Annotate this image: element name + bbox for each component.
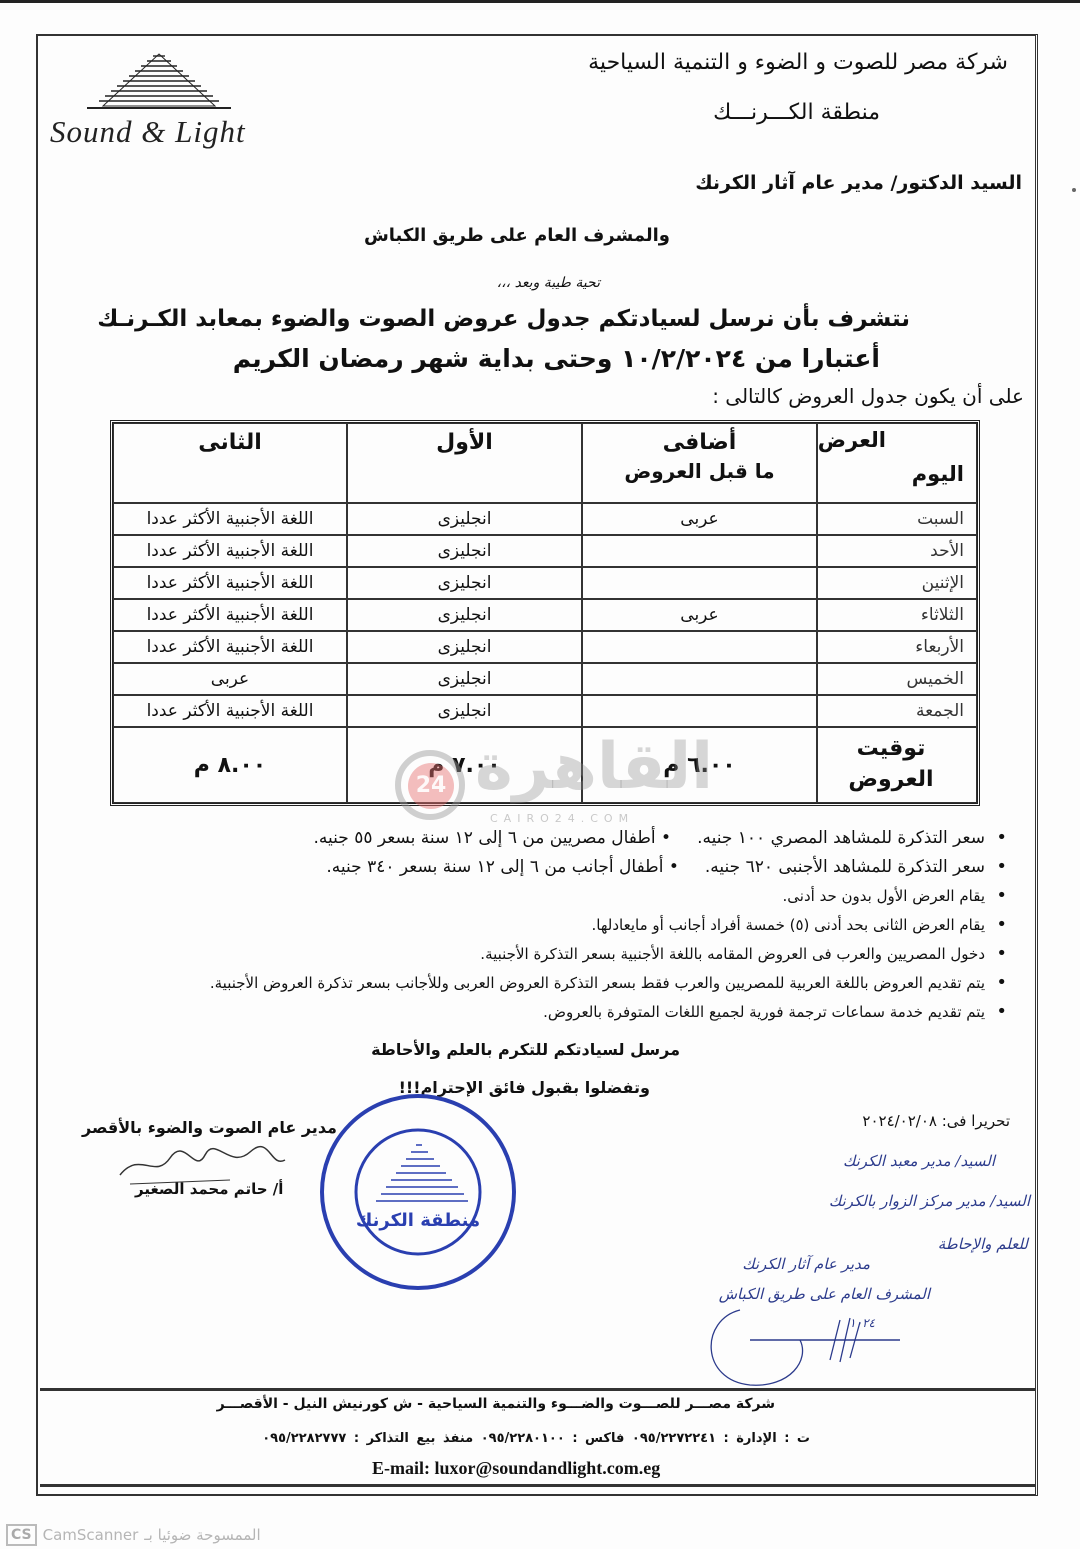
- footer-email: E-mail: luxor@soundandlight.com.eg: [372, 1458, 660, 1479]
- camscanner-watermark: CS CamScanner الممسوحة ضوئيا بـ: [6, 1524, 261, 1546]
- stamp-label: منطقة الكرنك: [318, 1210, 518, 1231]
- note-item: يقام العرض الأول بدون حد أدنى.: [65, 884, 985, 908]
- table-row: الثلاثاء عربى انجليزى اللغة الأجنبية الأ…: [113, 599, 977, 631]
- extra-show-cell: [582, 535, 817, 567]
- notes-list: سعر التذكرة للمشاهد المصري ١٠٠ جنيه. أطف…: [65, 826, 985, 1029]
- period-line: أعتبارا من ١٠/٢/٢٠٢٤ وحتى بداية شهر رمضا…: [233, 344, 880, 373]
- signatory-name: أ/ حاتم محمد الصغير: [135, 1180, 283, 1198]
- dated-line: تحريرا فى: ٢٠٢٤/٠٢/٠٨: [862, 1112, 1010, 1130]
- ticket-egyptian: سعر التذكرة للمشاهد المصري ١٠٠ جنيه.: [697, 826, 985, 850]
- addressee: السيد الدكتور/ مدير عام آثار الكرنك: [695, 172, 1022, 194]
- footer-top-rule: [40, 1388, 1036, 1391]
- table-header-row: العرض اليوم أضافى ما قبل العروض الأول ال…: [113, 423, 977, 503]
- handwritten-note: السيد/ مدير مركز الزوار بالكرنك: [829, 1192, 1030, 1210]
- lead-line: على أن يكون جدول العروض كالتالى :: [712, 384, 1024, 408]
- footer-address: شركة مصـــر للصـــوت والضـــوء والتنمية …: [217, 1396, 775, 1412]
- column-label: الثانى: [198, 430, 262, 455]
- extra-show-cell: [582, 663, 817, 695]
- stamp-icon: [318, 1090, 518, 1295]
- note-item: دخول المصريين والعرب فى العروض المقامه ب…: [65, 942, 985, 966]
- note-item: يتم تقديم خدمة سماعات ترجمة فورية لجميع …: [65, 1000, 985, 1024]
- first-show-time: ٧.٠٠ م: [347, 727, 582, 803]
- official-stamp: منطقة الكرنك: [318, 1090, 518, 1295]
- handwritten-note: السيد/ مدير معبد الكرنك: [843, 1152, 995, 1170]
- day-cell: الثلاثاء: [817, 599, 977, 631]
- column-header-first: الأول: [347, 423, 582, 503]
- children-egyptian: أطفال مصريين من ٦ إلى ١٢ سنة بسعر ٥٥ جني…: [314, 826, 672, 850]
- footer-bottom-rule: [40, 1484, 1036, 1487]
- supervisor-line: والمشرف العام على طريق الكباش: [364, 225, 670, 246]
- footer-phones: ت : الإدارة : ٠٩٥/٢٢٧٢٢٤١ فاكس : ٠٩٥/٢٢٨…: [262, 1431, 810, 1446]
- children-foreign: أطفال أجانب من ٦ إلى ١٢ سنة بسعر ٣٤٠ جني…: [326, 855, 679, 879]
- ticket-foreign: سعر التذكرة للمشاهد الأجنبى ٦٢٠ جنيه.: [705, 855, 985, 879]
- first-show-cell: انجليزى: [347, 695, 582, 727]
- times-label-line2: العروض: [848, 767, 933, 792]
- second-show-cell: اللغة الأجنبية الأكثر عددا: [113, 695, 347, 727]
- second-show-cell: اللغة الأجنبية الأكثر عددا: [113, 535, 347, 567]
- dated-label: تحريرا فى:: [942, 1112, 1010, 1130]
- dated-value: ٢٠٢٤/٠٢/٠٨: [862, 1112, 937, 1130]
- table-row: الإثنين انجليزى اللغة الأجنبية الأكثر عد…: [113, 567, 977, 599]
- corner-header: العرض اليوم: [817, 423, 977, 503]
- extra-show-time: ٦.٠٠ م: [582, 727, 817, 803]
- first-show-cell: انجليزى: [347, 599, 582, 631]
- column-label: أضافى: [663, 430, 737, 455]
- day-cell: الأحد: [817, 535, 977, 567]
- company-name: شركة مصر للصوت و الضوء و التنمية السياحي…: [588, 50, 1008, 75]
- show-times-label: توقيت العروض: [817, 727, 977, 803]
- extra-show-cell: [582, 631, 817, 663]
- intro-line: نتشرف بأن نرسل لسيادتكم جدول عروض الصوت …: [97, 306, 910, 332]
- day-cell: السبت: [817, 503, 977, 535]
- note-item: سعر التذكرة للمشاهد المصري ١٠٠ جنيه. أطف…: [65, 826, 985, 850]
- signatory-title: مدير عام الصوت والضوء بالأقصر: [82, 1118, 337, 1137]
- note-item: يتم تقديم العروض باللغة العربية للمصريين…: [65, 971, 985, 995]
- second-show-time: ٨.٠٠ م: [113, 727, 347, 803]
- handwritten-note: مدير عام آثار الكرنك: [742, 1255, 870, 1273]
- corner-day-label: اليوم: [912, 462, 964, 486]
- table-row: الأحد انجليزى اللغة الأجنبية الأكثر عددا: [113, 535, 977, 567]
- logo-text: Sound & Light: [50, 114, 246, 150]
- extra-show-cell: [582, 567, 817, 599]
- second-show-cell: اللغة الأجنبية الأكثر عددا: [113, 567, 347, 599]
- greeting: تحية طيبة وبعد ،،،: [497, 275, 600, 291]
- sound-light-logo: Sound & Light: [50, 52, 275, 157]
- column-sublabel: ما قبل العروض: [583, 459, 816, 483]
- table-row: الجمعة انجليزى اللغة الأجنبية الأكثر عدد…: [113, 695, 977, 727]
- camscanner-arabic-text: الممسوحة ضوئيا بـ: [144, 1526, 260, 1544]
- table-row: الخميس انجليزى عربى: [113, 663, 977, 695]
- second-show-cell: عربى: [113, 663, 347, 695]
- table-row: الأربعاء انجليزى اللغة الأجنبية الأكثر ع…: [113, 631, 977, 663]
- day-cell: الأربعاء: [817, 631, 977, 663]
- day-cell: الخميس: [817, 663, 977, 695]
- note-item: يقام العرض الثانى بحد أدنى (٥) خمسة أفرا…: [65, 913, 985, 937]
- region-name: منطقة الكـــرنـــك: [713, 100, 880, 125]
- pyramid-icon: [65, 52, 245, 112]
- schedule-table: العرض اليوم أضافى ما قبل العروض الأول ال…: [110, 420, 980, 806]
- show-times-row: توقيت العروض ٦.٠٠ م ٧.٠٠ م ٨.٠٠ م: [113, 727, 977, 803]
- first-show-cell: انجليزى: [347, 503, 582, 535]
- first-show-cell: انجليزى: [347, 567, 582, 599]
- second-show-cell: اللغة الأجنبية الأكثر عددا: [113, 599, 347, 631]
- punch-mark: [1072, 188, 1076, 192]
- second-show-cell: اللغة الأجنبية الأكثر عددا: [113, 631, 347, 663]
- first-show-cell: انجليزى: [347, 535, 582, 567]
- times-label-line1: توقيت: [857, 736, 926, 761]
- second-show-cell: اللغة الأجنبية الأكثر عددا: [113, 503, 347, 535]
- column-header-second: الثانى: [113, 423, 347, 503]
- first-show-cell: انجليزى: [347, 631, 582, 663]
- handwritten-signature: [700, 1300, 920, 1390]
- closing-line-1: مرسل لسيادتكم للتكرم بالعلم والأحاطة: [371, 1040, 680, 1059]
- column-header-extra: أضافى ما قبل العروض: [582, 423, 817, 503]
- extra-show-cell: [582, 695, 817, 727]
- day-cell: الجمعة: [817, 695, 977, 727]
- camscanner-text: CamScanner: [43, 1526, 139, 1544]
- note-item: سعر التذكرة للمشاهد الأجنبى ٦٢٠ جنيه. أط…: [65, 855, 985, 879]
- camscanner-logo-icon: CS: [6, 1524, 37, 1546]
- corner-show-label: العرض: [818, 428, 886, 452]
- day-cell: الإثنين: [817, 567, 977, 599]
- top-edge: [0, 0, 1080, 3]
- extra-show-cell: عربى: [582, 503, 817, 535]
- table-row: السبت عربى انجليزى اللغة الأجنبية الأكثر…: [113, 503, 977, 535]
- extra-show-cell: عربى: [582, 599, 817, 631]
- handwritten-note: للعلم والإحاطة: [938, 1235, 1028, 1253]
- first-show-cell: انجليزى: [347, 663, 582, 695]
- column-label: الأول: [436, 430, 493, 455]
